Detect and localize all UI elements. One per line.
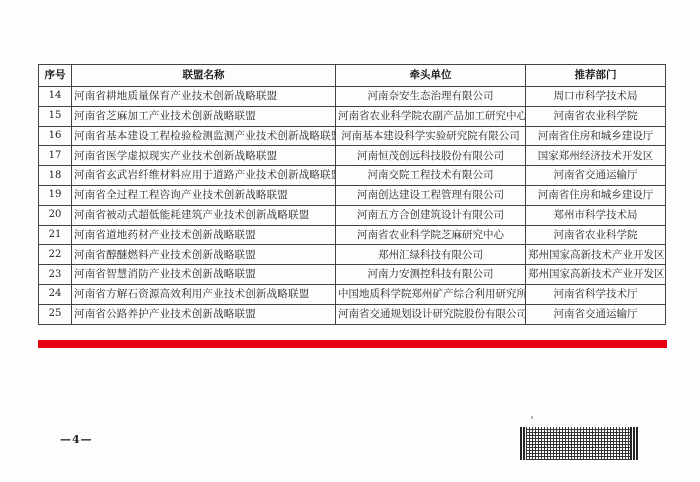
cell-lead: 河南五方合创建筑设计有限公司 [336,205,526,225]
cell-dept: 郑州国家高新技术产业开发区 [526,265,666,285]
cell-name: 河南省全过程工程咨询产业技术创新战略联盟 [72,185,336,205]
cell-lead: 河南恒茂创远科技股份有限公司 [336,146,526,166]
cell-lead: 河南省交通规划设计研究院股份有限公司 [336,304,526,324]
document-page: 序号 联盟名称 牵头单位 推荐部门 14 河南省耕地质量保育产业技术创新战略联盟… [0,0,700,482]
cell-no: 25 [39,304,72,324]
cell-dept: 河南省住房和城乡建设厅 [526,126,666,146]
table-row: 17 河南省医学虚拟现实产业技术创新战略联盟 河南恒茂创远科技股份有限公司 国家… [39,146,666,166]
cell-no: 14 [39,87,72,107]
cell-name: 河南省醇醚燃料产业技术创新战略联盟 [72,245,336,265]
cell-name: 河南省被动式超低能耗建筑产业技术创新战略联盟 [72,205,336,225]
cell-no: 21 [39,225,72,245]
cell-dept: 河南省科学技术厅 [526,284,666,304]
table-row: 18 河南省玄武岩纤维材料应用于道路产业技术创新战略联盟 河南交院工程技术有限公… [39,166,666,186]
table-row: 22 河南省醇醚燃料产业技术创新战略联盟 郑州汇绿科技有限公司 郑州国家高新技术… [39,245,666,265]
barcode-start-pattern [520,427,526,460]
cell-name: 河南省方解石资源高效利用产业技术创新战略联盟 [72,284,336,304]
cell-name: 河南省智慧消防产业技术创新战略联盟 [72,265,336,285]
header-no: 序号 [39,65,72,87]
pdf417-barcode-icon [520,427,638,460]
cell-dept: 国家郑州经济技术开发区 [526,146,666,166]
table-row: 15 河南省芝麻加工产业技术创新战略联盟 河南省农业科学院农副产品加工研究中心 … [39,106,666,126]
red-divider-bar [38,340,667,348]
header-name: 联盟名称 [72,65,336,87]
cell-name: 河南省耕地质量保育产业技术创新战略联盟 [72,87,336,107]
cell-lead: 河南省农业科学院芝麻研究中心 [336,225,526,245]
header-lead: 牵头单位 [336,65,526,87]
cell-dept: 河南省农业科学院 [526,106,666,126]
cell-no: 15 [39,106,72,126]
table-row: 16 河南省基本建设工程检验检测监测产业技术创新战略联盟 河南基本建设科学实验研… [39,126,666,146]
cell-lead: 河南基本建设科学实验研究院有限公司 [336,126,526,146]
cell-dept: 河南省交通运输厅 [526,166,666,186]
cell-dept: 河南省交通运输厅 [526,304,666,324]
cell-lead: 河南创达建设工程管理有限公司 [336,185,526,205]
table-row: 25 河南省公路养护产业技术创新战略联盟 河南省交通规划设计研究院股份有限公司 … [39,304,666,324]
table-header-row: 序号 联盟名称 牵头单位 推荐部门 [39,65,666,87]
cell-dept: 郑州市科学技术局 [526,205,666,225]
cell-lead: 河南省农业科学院农副产品加工研究中心 [336,106,526,126]
cell-dept: 河南省农业科学院 [526,225,666,245]
table-row: 14 河南省耕地质量保育产业技术创新战略联盟 河南奈安生态治理有限公司 周口市科… [39,87,666,107]
cell-dept: 河南省住房和城乡建设厅 [526,185,666,205]
cell-no: 17 [39,146,72,166]
cell-name: 河南省玄武岩纤维材料应用于道路产业技术创新战略联盟 [72,166,336,186]
barcode-dot [531,416,533,419]
cell-no: 16 [39,126,72,146]
cell-name: 河南省医学虚拟现实产业技术创新战略联盟 [72,146,336,166]
cell-lead: 河南力安测控科技有限公司 [336,265,526,285]
table-row: 20 河南省被动式超低能耗建筑产业技术创新战略联盟 河南五方合创建筑设计有限公司… [39,205,666,225]
cell-lead: 河南交院工程技术有限公司 [336,166,526,186]
cell-lead: 郑州汇绿科技有限公司 [336,245,526,265]
cell-no: 23 [39,265,72,285]
cell-no: 24 [39,284,72,304]
cell-lead: 中国地质科学院郑州矿产综合利用研究所 [336,284,526,304]
cell-name: 河南省道地药材产业技术创新战略联盟 [72,225,336,245]
cell-no: 19 [39,185,72,205]
cell-name: 河南省基本建设工程检验检测监测产业技术创新战略联盟 [72,126,336,146]
cell-no: 18 [39,166,72,186]
table-row: 24 河南省方解石资源高效利用产业技术创新战略联盟 中国地质科学院郑州矿产综合利… [39,284,666,304]
cell-no: 20 [39,205,72,225]
header-dept: 推荐部门 [526,65,666,87]
table-row: 23 河南省智慧消防产业技术创新战略联盟 河南力安测控科技有限公司 郑州国家高新… [39,265,666,285]
cell-dept: 郑州国家高新技术产业开发区 [526,245,666,265]
page-number: —4— [60,433,93,446]
barcode-stop-pattern [630,427,638,460]
alliance-table: 序号 联盟名称 牵头单位 推荐部门 14 河南省耕地质量保育产业技术创新战略联盟… [38,64,666,325]
cell-lead: 河南奈安生态治理有限公司 [336,87,526,107]
cell-name: 河南省芝麻加工产业技术创新战略联盟 [72,106,336,126]
table-row: 19 河南省全过程工程咨询产业技术创新战略联盟 河南创达建设工程管理有限公司 河… [39,185,666,205]
cell-dept: 周口市科学技术局 [526,87,666,107]
cell-no: 22 [39,245,72,265]
table-row: 21 河南省道地药材产业技术创新战略联盟 河南省农业科学院芝麻研究中心 河南省农… [39,225,666,245]
cell-name: 河南省公路养护产业技术创新战略联盟 [72,304,336,324]
